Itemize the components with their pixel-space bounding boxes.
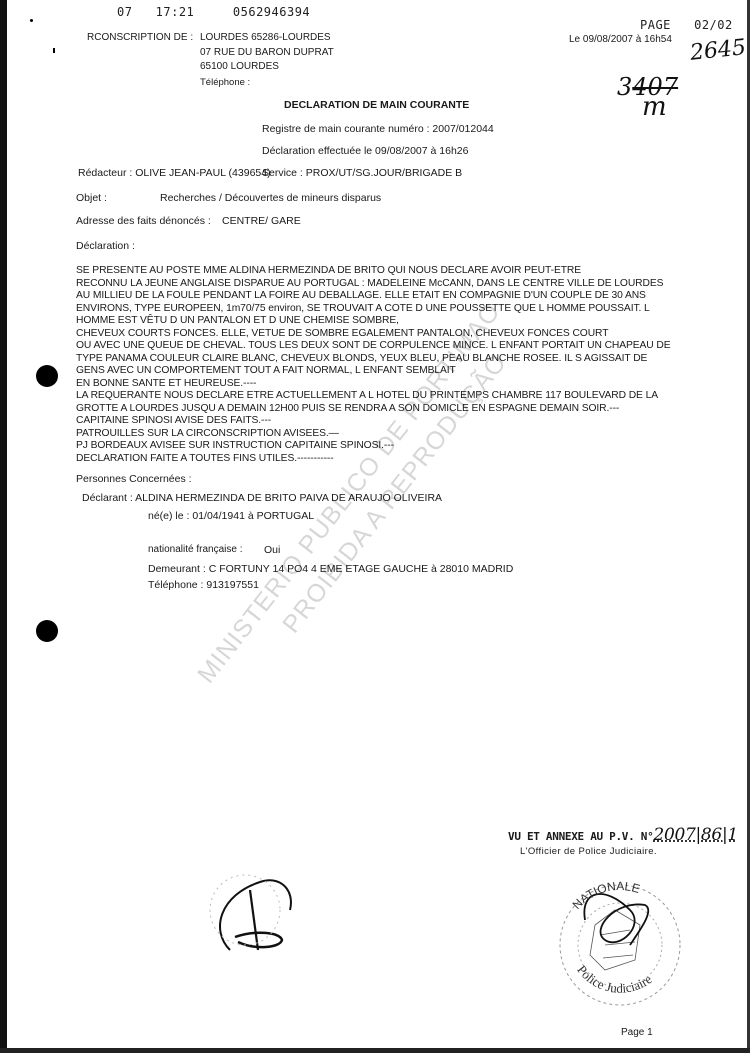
punch-hole-bottom <box>36 620 58 642</box>
declaration-date: Déclaration effectuée le 09/08/2007 à 16… <box>262 145 468 157</box>
declaration-line: RECONNU LA JEUNE ANGLAISE DISPARUE AU PO… <box>76 278 671 291</box>
seal-bottom-text: Police Judiciaire <box>574 962 654 995</box>
declarant-born: né(e) le : 01/04/1941 à PORTUGAL <box>148 510 314 522</box>
office-phone-label: Téléphone : <box>200 77 250 88</box>
declaration-line: GROTTE A LOURDES JUSQU A DEMAIN 12H00 PU… <box>76 403 671 416</box>
scan-speck <box>53 48 55 53</box>
fax-date-fragment: 07 <box>117 5 132 19</box>
scan-speck <box>30 19 33 22</box>
document-title: DECLARATION DE MAIN COURANTE <box>284 99 469 111</box>
object-value: Recherches / Découvertes de mineurs disp… <box>160 192 381 204</box>
scan-edge-bottom <box>0 1048 750 1053</box>
address-label: Adresse des faits dénoncés : <box>76 215 211 227</box>
declaration-line: LA REQUERANTE NOUS DECLARE ETRE ACTUELLE… <box>76 390 671 403</box>
declaration-line: HOMME EST VÊTU D UN PANTALON ET D UNE CH… <box>76 315 671 328</box>
scan-edge-left <box>0 0 7 1053</box>
object-label: Objet : <box>76 192 107 204</box>
declarant-phone: Téléphone : 913197551 <box>148 579 259 591</box>
handwritten-ref-prefix: 3 <box>617 73 632 101</box>
svg-text:Police Judiciaire: Police Judiciaire <box>574 962 654 995</box>
nationality-value: Oui <box>264 544 280 556</box>
declaration-line: AU MILLIEU DE LA FOULE PENDANT LA FOIRE … <box>76 290 671 303</box>
office-street: 07 RUE DU BARON DUPRAT <box>200 47 334 58</box>
police-seal-icon: NATIONALE Police Judiciaire <box>545 870 695 1015</box>
declarant-label: Déclarant : <box>82 492 133 504</box>
signature-icon <box>200 870 310 960</box>
declaration-line: CAPITAINE SPINOSI AVISE DES FAITS.--- <box>76 415 671 428</box>
address-value: CENTRE/ GARE <box>222 215 301 227</box>
fax-page-label: PAGE <box>640 18 671 32</box>
declaration-line: TYPE PANAMA COULEUR CLAIRE BLANC, CHEVEU… <box>76 353 671 366</box>
fax-page-value: 02/02 <box>694 18 733 32</box>
office-label: RCONSCRIPTION DE : <box>87 32 193 43</box>
persons-label: Personnes Concernées : <box>76 473 192 485</box>
officer-title: L'Officier de Police Judiciaire. <box>520 846 657 857</box>
register-number: Registre de main courante numéro : 2007/… <box>262 123 494 135</box>
service: Service : PROX/UT/SG.JOUR/BRIGADE B <box>262 167 462 179</box>
punch-hole-top <box>36 365 58 387</box>
handwritten-ref: 2645 <box>689 35 747 66</box>
writer: Rédacteur : OLIVE JEAN-PAUL (439654) <box>78 167 271 179</box>
page-number: Page 1 <box>621 1027 653 1038</box>
declaration-line: CHEVEUX COURTS FONCES. ELLE, VETUE DE SO… <box>76 328 671 341</box>
declaration-line: EN BONNE SANTE ET HEUREUSE.---- <box>76 378 671 391</box>
annex-handwritten-number: 2007|86|1 <box>653 825 737 845</box>
annex-stamp-text: VU ET ANNEXE AU P.V. N° <box>508 830 653 843</box>
declaration-label: Déclaration : <box>76 240 135 252</box>
fax-time: 17:21 <box>156 5 195 19</box>
office-city: 65100 LOURDES <box>200 61 279 72</box>
declaration-line: GENS AVEC UN COMPORTEMENT TOUT A FAIT NO… <box>76 365 671 378</box>
print-date: Le 09/08/2007 à 16h54 <box>569 34 672 45</box>
office-name: LOURDES 65286-LOURDES <box>200 32 331 43</box>
handwritten-initials: m <box>642 92 667 122</box>
declaration-line: OU AVEC UNE QUEUE DE CHEVAL. TOUS LES DE… <box>76 340 671 353</box>
declaration-line: SE PRESENTE AU POSTE MME ALDINA HERMEZIN… <box>76 265 671 278</box>
fax-header: 07 17:21 0562946394 <box>117 5 310 19</box>
fax-page-indicator: PAGE 02/02 <box>640 18 733 32</box>
nationality-label: nationalité française : <box>148 544 243 555</box>
declaration-body: SE PRESENTE AU POSTE MME ALDINA HERMEZIN… <box>76 265 671 465</box>
annex-stamp: VU ET ANNEXE AU P.V. N°2007|86|1 <box>508 825 738 845</box>
declaration-line: ENVIRONS, TYPE EUROPEEN, 1m70/75 environ… <box>76 303 671 316</box>
fax-number: 0562946394 <box>233 5 310 19</box>
